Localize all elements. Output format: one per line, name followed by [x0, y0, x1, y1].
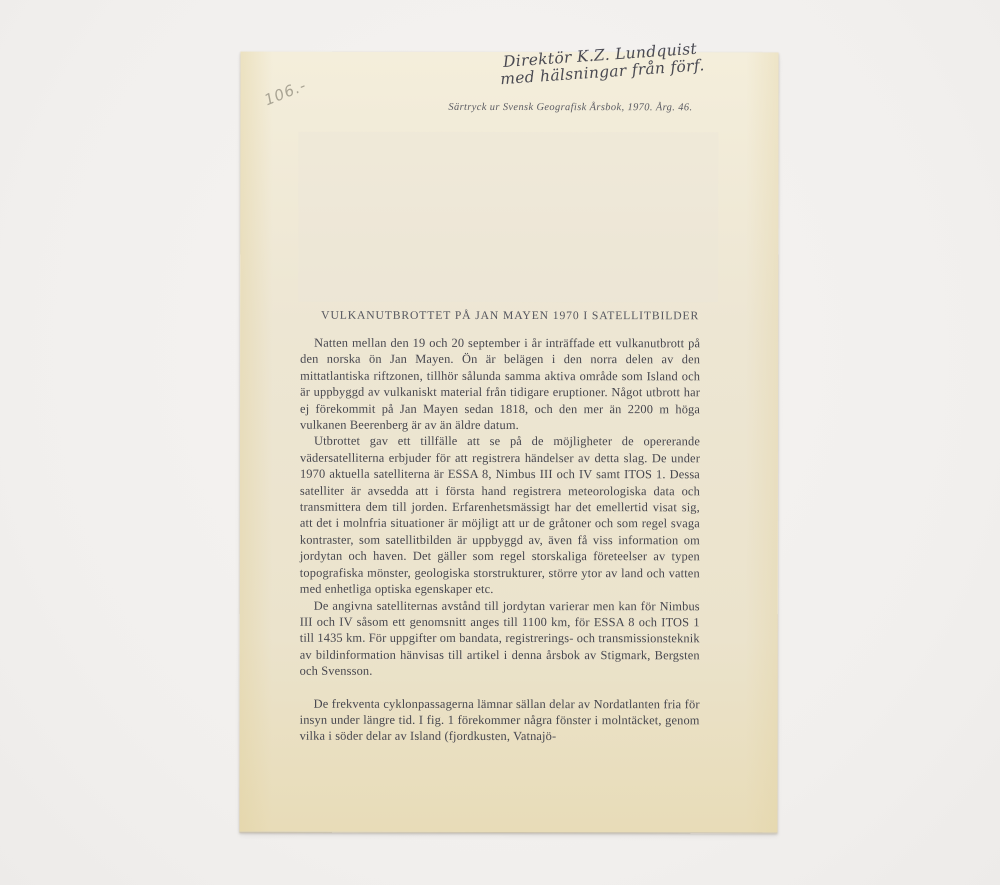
article-title: VULKANUTBROTTET PÅ JAN MAYEN 1970 I SATE… [300, 309, 720, 323]
paragraph: Utbrottet gav ett tillfälle att se på de… [300, 433, 700, 598]
paragraph: De angivna satelliternas avstånd till jo… [300, 597, 700, 680]
offprint-page: 106.- Direktör K.Z. Lundquist med hälsni… [239, 52, 778, 834]
article-body: Natten mellan den 19 och 20 september i … [300, 335, 701, 745]
paragraph: De frekventa cyklonpassagerna lämnar säl… [300, 695, 700, 745]
paragraph: Natten mellan den 19 och 20 september i … [300, 335, 700, 434]
offprint-source-line: Särtryck ur Svensk Geografisk Årsbok, 19… [240, 102, 692, 114]
